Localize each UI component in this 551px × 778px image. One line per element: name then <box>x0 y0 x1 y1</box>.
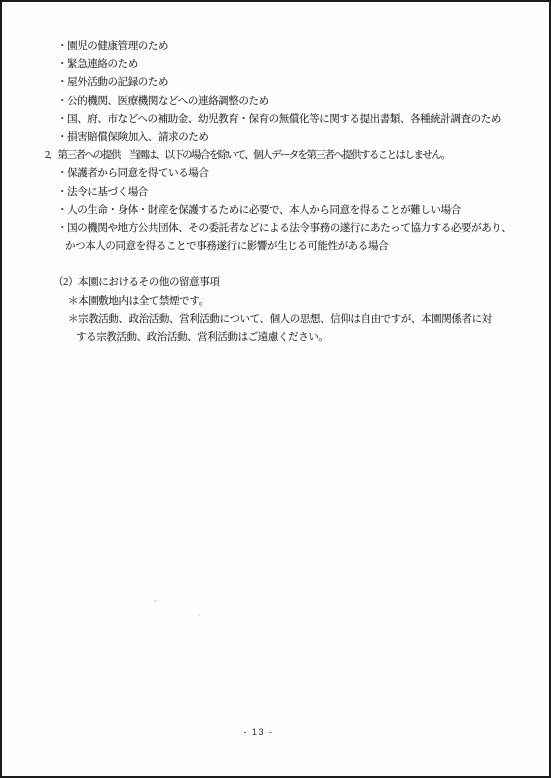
blank-line <box>2 256 549 274</box>
purpose-list-item: ・公的機関、医療機関などへの連絡調整のため <box>2 93 549 111</box>
case-list-item: ・法令に基づく場合 <box>2 184 549 202</box>
case-list-item: ・保護者から同意を得ている場合 <box>2 165 549 183</box>
purpose-list-item: ・屋外活動の記録のため <box>2 74 549 92</box>
case-list-item: ・国の機関や地方公共団体、その委託者などによる法令事務の遂行にあたって協力する必… <box>2 220 549 238</box>
document-body: ・園児の健康管理のため ・緊急連絡のため ・屋外活動の記録のため ・公的機関、医… <box>2 38 549 347</box>
purpose-list-item: ・緊急連絡のため <box>2 56 549 74</box>
scan-artifact-speck <box>198 614 200 616</box>
scan-artifact-speck <box>154 600 157 602</box>
purpose-list-item: ・園児の健康管理のため <box>2 38 549 56</box>
case-list-item-continuation: かつ本人の同意を得ることで事務遂行に影響が生じる可能性がある場合 <box>2 238 549 256</box>
other-notes-heading: （2）本園におけるその他の留意事項 <box>2 274 549 292</box>
purpose-list-item: ・損害賠償保険加入、請求のため <box>2 129 549 147</box>
note-item: ＊宗教活動、政治活動、営利活動について、個人の思想、信仰は自由ですが、本園関係者… <box>2 311 549 329</box>
document-page: ・園児の健康管理のため ・緊急連絡のため ・屋外活動の記録のため ・公的機関、医… <box>0 0 551 778</box>
purpose-list-item: ・国、府、市などへの補助金、幼児教育・保育の無償化等に関する提出書類、各種統計調… <box>2 111 549 129</box>
note-item: ＊本園敷地内は全て禁煙です。 <box>2 293 549 311</box>
case-list-item: ・人の生命・身体・財産を保護するために必要で、本人から同意を得ることが難しい場合 <box>2 202 549 220</box>
third-party-section-heading: 2．第三者への提供 当園は、以下の場合を除いて、個人データを第三者へ提供すること… <box>2 147 549 165</box>
note-item-continuation: する宗教活動、政治活動、営利活動はご遠慮ください。 <box>2 329 549 347</box>
page-number: - 13 - <box>2 727 515 737</box>
